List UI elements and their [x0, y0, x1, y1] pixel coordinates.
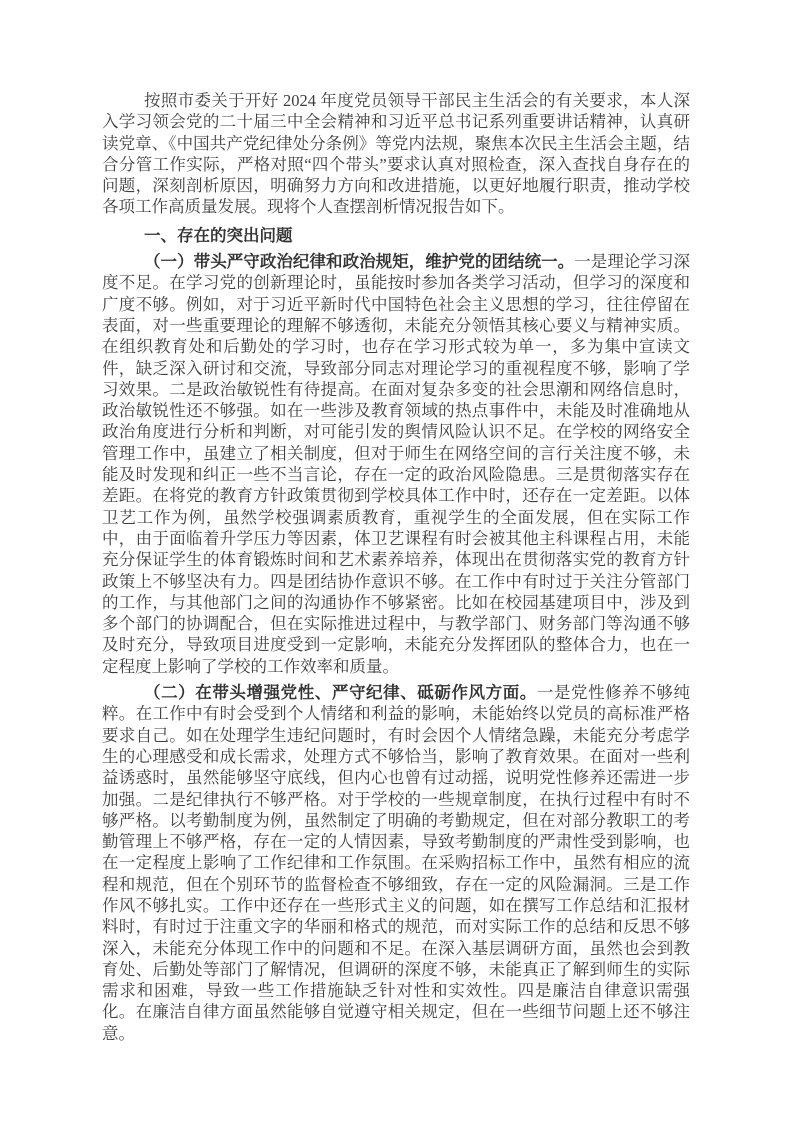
- subsection-1-lead: （一）带头严守政治纪律和政治规矩，维护党的团结统一。: [144, 252, 574, 271]
- subsection-2-paragraph: （二）在带头增强党性、严守纪律、砥砺作风方面。一是党性修养不够纯粹。在工作中有时…: [102, 682, 690, 1044]
- section-heading: 一、存在的突出问题: [102, 225, 690, 246]
- intro-paragraph: 按照市委关于开好 2024 年度党员领导干部民主生活会的有关要求，本人深入学习领…: [102, 90, 690, 218]
- document-page: 按照市委关于开好 2024 年度党员领导干部民主生活会的有关要求，本人深入学习领…: [0, 0, 793, 1122]
- subsection-1-body: 一是理论学习深度不足。在学习党的创新理论时，虽能按时参加各类学习活动，但学习的深…: [102, 252, 690, 676]
- subsection-2-lead: （二）在带头增强党性、严守纪律、砥砺作风方面。: [144, 683, 537, 702]
- subsection-1-paragraph: （一）带头严守政治纪律和政治规矩，维护党的团结统一。一是理论学习深度不足。在学习…: [102, 251, 690, 677]
- subsection-2-body: 一是党性修养不够纯粹。在工作中有时会受到个人情绪和利益的影响，未能始终以党员的高…: [102, 683, 690, 1043]
